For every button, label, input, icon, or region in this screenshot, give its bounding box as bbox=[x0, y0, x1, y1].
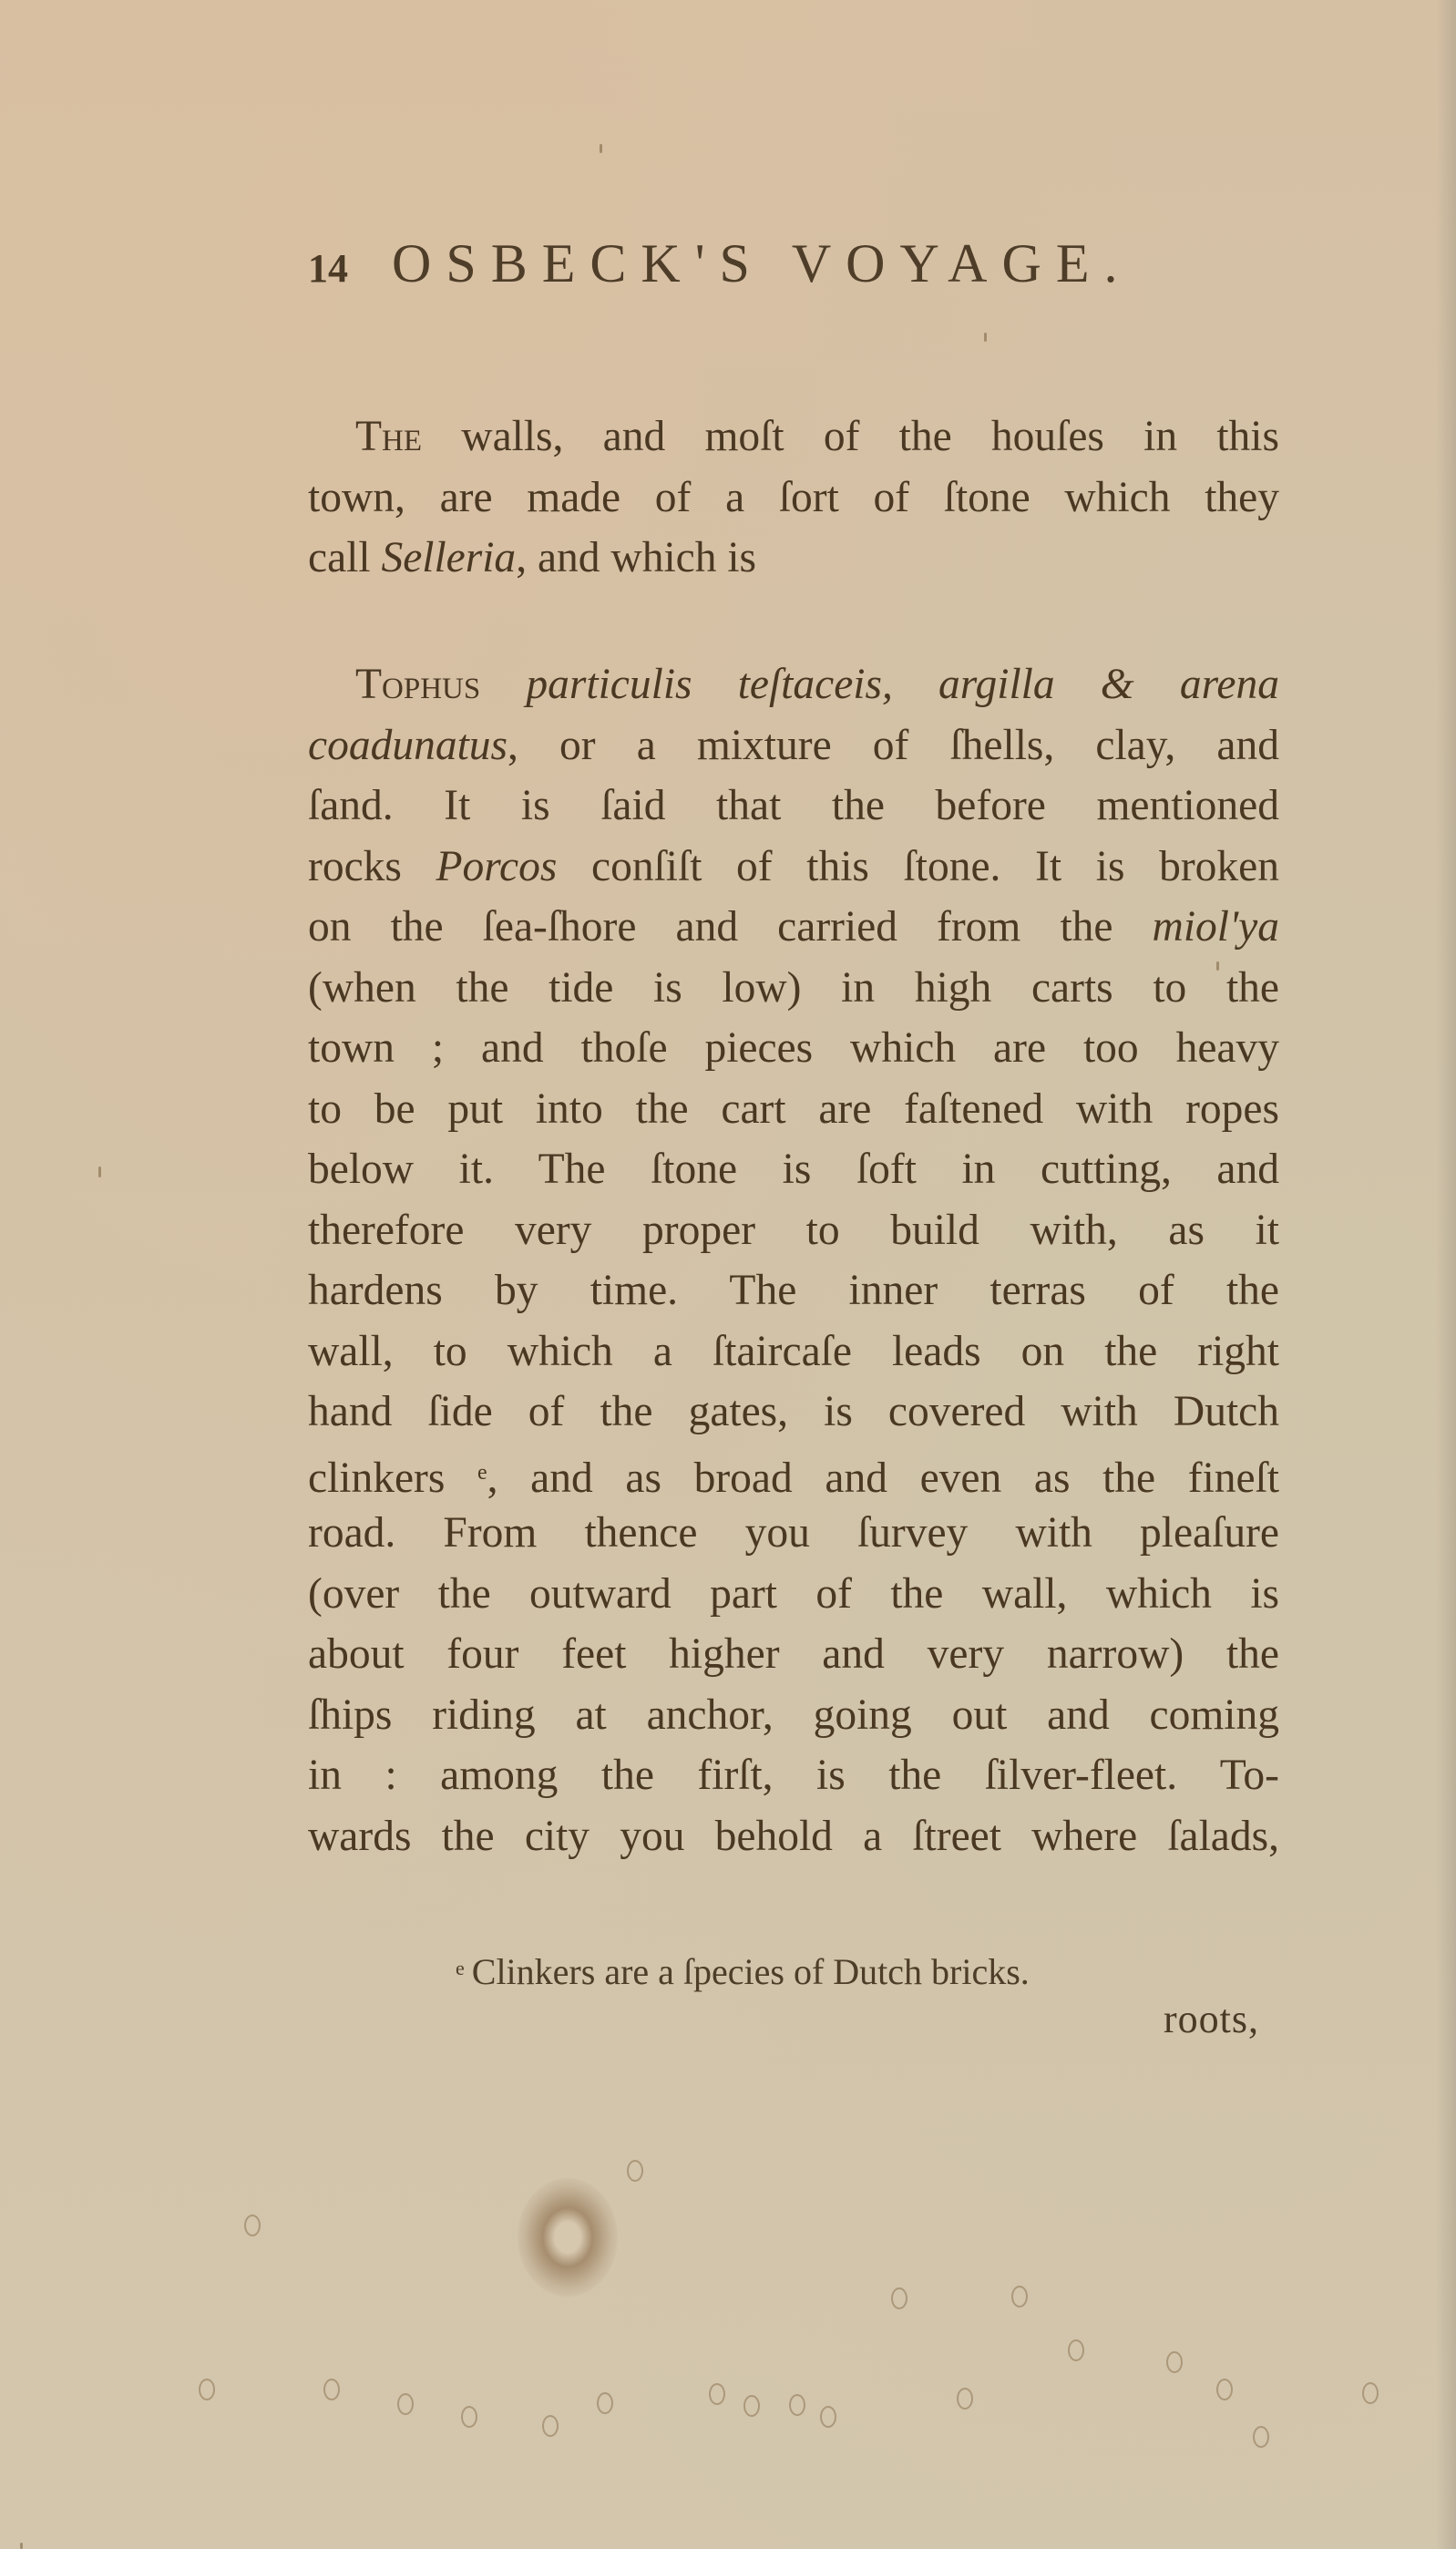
small-caps-word: The bbox=[355, 413, 422, 460]
text-line: to be put into the cart are faſtened wit… bbox=[308, 1079, 1279, 1140]
text-line: call Selleria, and which is bbox=[308, 528, 1279, 589]
page-edge-shadow bbox=[1436, 0, 1456, 2549]
text-line: (when the tide is low) in high carts to … bbox=[308, 958, 1279, 1019]
paper-fleck bbox=[984, 333, 987, 342]
paper-blemish bbox=[1068, 2339, 1084, 2361]
paper-blemish bbox=[199, 2379, 215, 2400]
italic-latin: particulis teſtaceis, argilla & arena bbox=[480, 661, 1279, 708]
running-title: OSBECK'S VOYAGE. bbox=[392, 232, 1132, 295]
text-line: ſhips riding at anchor, going out and co… bbox=[308, 1685, 1279, 1746]
footnote-marker: e bbox=[456, 1957, 465, 1979]
italic-term: Selleria bbox=[381, 534, 516, 581]
paper-blemish bbox=[820, 2406, 836, 2428]
text-line: on the ſea-ſhore and carried from the mi… bbox=[308, 897, 1279, 958]
paper-blemish bbox=[1362, 2382, 1379, 2404]
paper-blemish bbox=[323, 2379, 340, 2400]
paper-blemish bbox=[1216, 2379, 1233, 2400]
line-text: walls, and moſt of the houſes in this bbox=[422, 413, 1279, 460]
paper-blemish bbox=[397, 2393, 414, 2415]
text-line: in : among the firſt, is the ſilver-flee… bbox=[308, 1745, 1279, 1806]
italic-latin: coadunatus bbox=[308, 722, 508, 769]
italic-term: miol'ya bbox=[1153, 903, 1279, 951]
italic-term: Porcos bbox=[436, 843, 558, 890]
text-line: about four feet higher and very narrow) … bbox=[308, 1624, 1279, 1685]
text-line: wards the city you behold a ſtreet where… bbox=[308, 1806, 1279, 1867]
text-line: coadunatus, or a mixture of ſhells, clay… bbox=[308, 715, 1279, 776]
paper-blemish bbox=[1166, 2351, 1183, 2373]
footnote-text: Clinkers are a ſpecies of Dutch bricks. bbox=[472, 1951, 1030, 1992]
text-line: Tophus particulis teſtaceis, argilla & a… bbox=[308, 654, 1279, 715]
book-page: 14 OSBECK'S VOYAGE. The walls, and moſt … bbox=[0, 0, 1456, 2549]
text-line: clinkers e, and as broad and even as the… bbox=[308, 1443, 1279, 1504]
text-line: town ; and thoſe pieces which are too he… bbox=[308, 1018, 1279, 1079]
text-line: below it. The ſtone is ſoft in cutting, … bbox=[308, 1139, 1279, 1200]
paper-fleck bbox=[1216, 961, 1219, 971]
paper-fleck bbox=[600, 144, 602, 153]
text-line: hand ſide of the gates, is covered with … bbox=[308, 1382, 1279, 1443]
line-text: , and as broad and even as the fineſt bbox=[487, 1454, 1279, 1502]
footnote-reference: e bbox=[477, 1461, 487, 1485]
paragraph-1: The walls, and moſt of the houſes in thi… bbox=[308, 406, 1279, 589]
paper-blemish bbox=[1011, 2286, 1028, 2307]
paper-blemish bbox=[461, 2406, 477, 2428]
paper-blemish bbox=[709, 2383, 725, 2405]
line-text: , or a mixture of ſhells, clay, and bbox=[508, 722, 1279, 769]
paragraph-2: Tophus particulis teſtaceis, argilla & a… bbox=[308, 654, 1279, 1866]
text-line: town, are made of a ſort of ſtone which … bbox=[308, 468, 1279, 529]
paper-blemish bbox=[627, 2160, 643, 2182]
paper-fleck bbox=[98, 1167, 101, 1177]
text-line: The walls, and moſt of the houſes in thi… bbox=[308, 406, 1279, 468]
paper-blemish bbox=[957, 2388, 973, 2410]
paper-blemish bbox=[789, 2394, 805, 2416]
paper-blemish bbox=[1253, 2426, 1269, 2448]
text-line: (over the outward part of the wall, whic… bbox=[308, 1564, 1279, 1625]
paper-blemish bbox=[542, 2415, 559, 2437]
line-text: conſiſt of this ſtone. It is broken bbox=[557, 843, 1279, 890]
paper-blemish bbox=[244, 2215, 261, 2236]
text-line: therefore very proper to build with, as … bbox=[308, 1200, 1279, 1261]
catchword: roots, bbox=[1164, 1996, 1259, 2042]
line-text: clinkers bbox=[308, 1454, 477, 1502]
paper-blemish bbox=[891, 2287, 907, 2309]
line-text: call bbox=[308, 534, 381, 581]
text-line: road. From thence you ſurvey with pleaſu… bbox=[308, 1503, 1279, 1564]
text-line: rocks Porcos conſiſt of this ſtone. It i… bbox=[308, 837, 1279, 898]
small-caps-word: Tophus bbox=[355, 661, 480, 708]
paper-blemish bbox=[597, 2392, 613, 2414]
line-text: on the ſea-ſhore and carried from the bbox=[308, 903, 1153, 951]
paper-fleck bbox=[20, 2543, 23, 2549]
foxing-stain bbox=[518, 2178, 618, 2297]
running-head: 14 OSBECK'S VOYAGE. bbox=[308, 232, 1219, 305]
paper-blemish bbox=[743, 2395, 760, 2417]
line-text: , and which is bbox=[516, 534, 756, 581]
line-text: rocks bbox=[308, 843, 436, 890]
text-line: wall, to which a ſtaircaſe leads on the … bbox=[308, 1321, 1279, 1382]
footnote: eClinkers are a ſpecies of Dutch bricks. bbox=[456, 1950, 1030, 1993]
page-number: 14 bbox=[308, 245, 392, 292]
text-line: ſand. It is ſaid that the before mention… bbox=[308, 776, 1279, 837]
text-line: hardens by time. The inner terras of the bbox=[308, 1260, 1279, 1321]
